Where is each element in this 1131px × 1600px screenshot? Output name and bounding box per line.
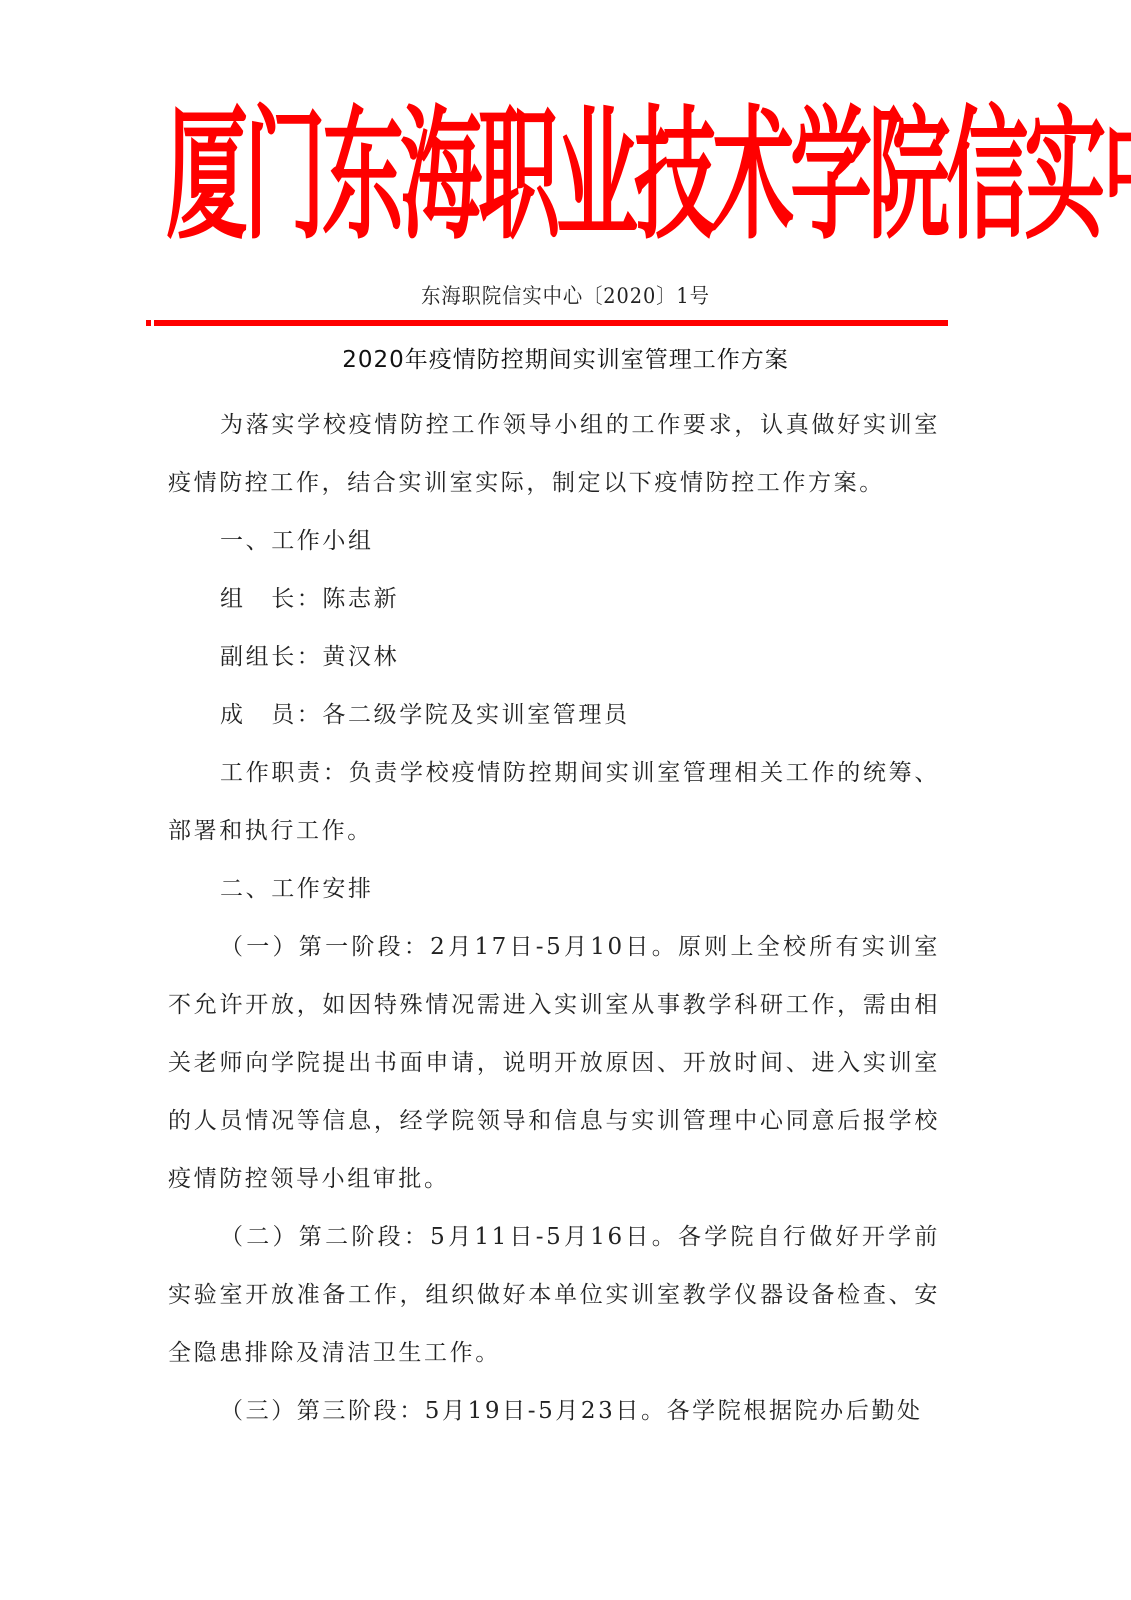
section-heading-work-arrangement: 二、工作安排 bbox=[168, 860, 940, 918]
deputy-leader-line: 副组长：黄汉林 bbox=[168, 628, 940, 686]
red-divider-rule bbox=[146, 320, 948, 326]
intro-paragraph: 为落实学校疫情防控工作领导小组的工作要求，认真做好实训室疫情防控工作，结合实训室… bbox=[168, 396, 940, 512]
phase-2-paragraph: （二）第二阶段：5月11日-5月16日。各学院自行做好开学前实验室开放准备工作，… bbox=[168, 1208, 940, 1382]
group-leader-line: 组 长：陈志新 bbox=[168, 570, 940, 628]
masthead-char: 业 bbox=[556, 36, 634, 316]
masthead-char: 厦 bbox=[166, 36, 244, 316]
section-heading-work-group: 一、工作小组 bbox=[168, 512, 940, 570]
masthead-char: 门 bbox=[244, 36, 322, 316]
members-line: 成 员：各二级学院及实训室管理员 bbox=[168, 686, 940, 744]
rule-bar bbox=[154, 320, 948, 326]
masthead-char: 海 bbox=[400, 36, 478, 316]
masthead-char: 院 bbox=[868, 36, 946, 316]
document-body: 为落实学校疫情防控工作领导小组的工作要求，认真做好实训室疫情防控工作，结合实训室… bbox=[168, 396, 940, 1440]
masthead-title: 厦门东海职业技术学院信实中心文件 bbox=[166, 36, 946, 316]
masthead-char: 术 bbox=[712, 36, 790, 316]
masthead-char: 学 bbox=[790, 36, 868, 316]
phase-1-paragraph: （一）第一阶段：2月17日-5月10日。原则上全校所有实训室不允许开放，如因特殊… bbox=[168, 918, 940, 1208]
masthead-char: 信 bbox=[946, 36, 1024, 316]
rule-nub bbox=[146, 320, 151, 326]
duties-paragraph: 工作职责：负责学校疫情防控期间实训室管理相关工作的统筹、部署和执行工作。 bbox=[168, 744, 940, 860]
masthead-char: 职 bbox=[478, 36, 556, 316]
masthead-char: 实 bbox=[1024, 36, 1102, 316]
document-number: 东海职院信实中心〔2020〕1号 bbox=[45, 280, 1086, 310]
masthead-char: 技 bbox=[634, 36, 712, 316]
masthead-char: 东 bbox=[322, 36, 400, 316]
document-title: 2020年疫情防控期间实训室管理工作方案 bbox=[0, 341, 1131, 374]
phase-3-paragraph: （三）第三阶段：5月19日-5月23日。各学院根据院办后勤处 bbox=[168, 1382, 940, 1440]
masthead-char: 中 bbox=[1102, 36, 1131, 316]
document-page: 厦门东海职业技术学院信实中心文件 东海职院信实中心〔2020〕1号 2020年疫… bbox=[0, 0, 1131, 1600]
